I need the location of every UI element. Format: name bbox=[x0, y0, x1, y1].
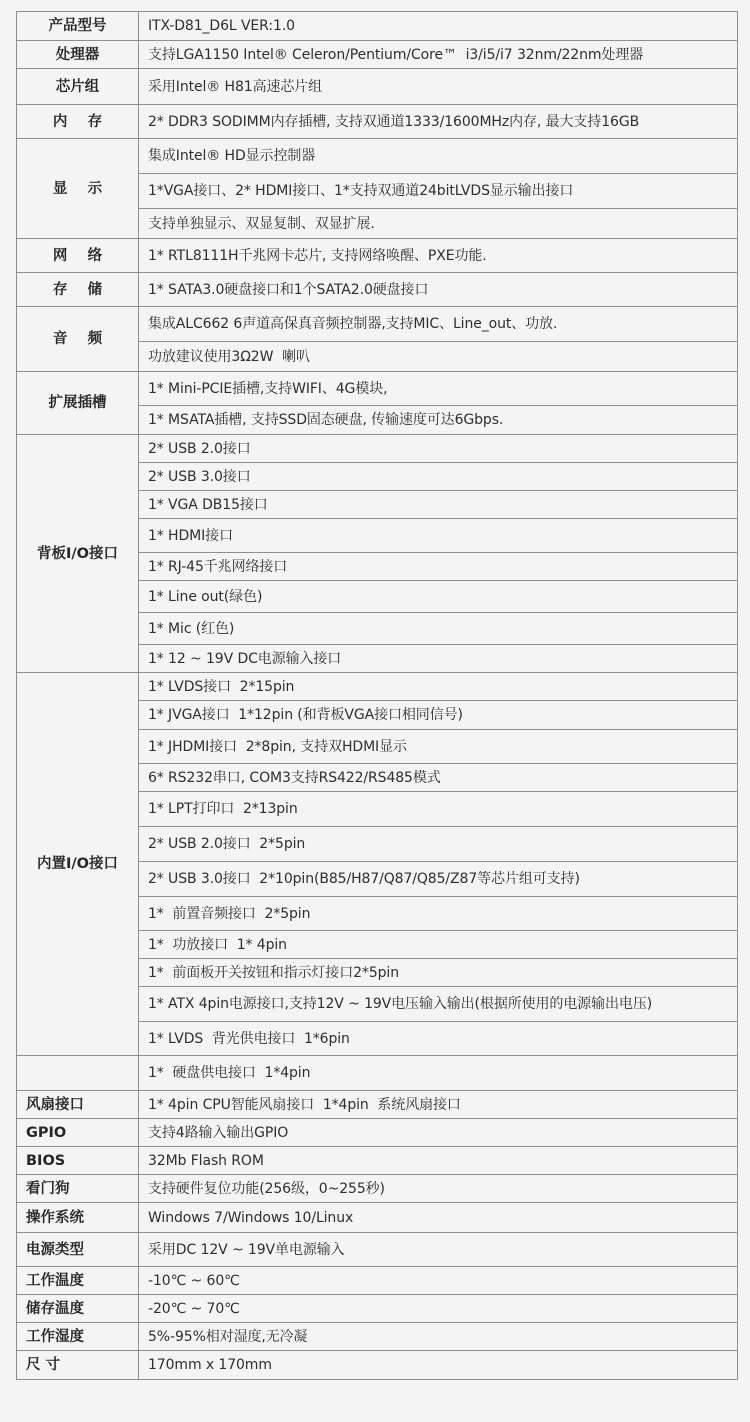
spec-label: 储存温度 bbox=[17, 1295, 139, 1323]
spec-value: 1* LPT打印口 2*13pin bbox=[139, 792, 738, 827]
spec-value: 1* 硬盘供电接口 1*4pin bbox=[139, 1056, 738, 1091]
spec-row: 看门狗支持硬件复位功能(256级，0~255秒) bbox=[17, 1175, 738, 1203]
spec-row: 扩展插槽1* Mini-PCIE插槽,支持WIFI、4G模块, bbox=[17, 372, 738, 406]
spec-value: 5%-95%相对湿度,无冷凝 bbox=[139, 1323, 738, 1351]
spec-value: 集成ALC662 6声道高保真音频控制器,支持MIC、Line_out、功放. bbox=[139, 307, 738, 342]
spec-value: 2* USB 3.0接口 bbox=[139, 463, 738, 491]
spec-row: 尺 寸170mm x 170mm bbox=[17, 1351, 738, 1380]
spec-label: 音 频 bbox=[17, 307, 139, 372]
spec-label: 看门狗 bbox=[17, 1175, 139, 1203]
spec-label: 操作系统 bbox=[17, 1203, 139, 1233]
spec-value: Windows 7/Windows 10/Linux bbox=[139, 1203, 738, 1233]
spec-label: 存 储 bbox=[17, 273, 139, 307]
spec-label: GPIO bbox=[17, 1119, 139, 1147]
spec-value: 1* RJ-45千兆网络接口 bbox=[139, 553, 738, 581]
spec-label: 扩展插槽 bbox=[17, 372, 139, 435]
spec-label: 工作湿度 bbox=[17, 1323, 139, 1351]
spec-label: 内 存 bbox=[17, 105, 139, 139]
spec-value: 采用Intel® H81高速芯片组 bbox=[139, 69, 738, 105]
spec-value: 170mm x 170mm bbox=[139, 1351, 738, 1380]
spec-label: 产品型号 bbox=[17, 12, 139, 41]
spec-value: 1* ATX 4pin电源接口,支持12V ~ 19V电压输入输出(根据所使用的… bbox=[139, 987, 738, 1022]
spec-value: 1* 4pin CPU智能风扇接口 1*4pin 系统风扇接口 bbox=[139, 1091, 738, 1119]
spec-table: 产品型号ITX-D81_D6L VER:1.0处理器支持LGA1150 Inte… bbox=[16, 11, 738, 1380]
spec-value: 功放建议使用3Ω2W 喇叭 bbox=[139, 342, 738, 372]
spec-row: 内 存2* DDR3 SODIMM内存插槽, 支持双通道1333/1600MHz… bbox=[17, 105, 738, 139]
spec-label: 工作温度 bbox=[17, 1267, 139, 1295]
spec-label: 处理器 bbox=[17, 41, 139, 69]
spec-row: 存 储1* SATA3.0硬盘接口和1个SATA2.0硬盘接口 bbox=[17, 273, 738, 307]
spec-label: 尺 寸 bbox=[17, 1351, 139, 1380]
spec-value: 1* LVDS 背光供电接口 1*6pin bbox=[139, 1022, 738, 1056]
spec-value: 1* HDMI接口 bbox=[139, 519, 738, 553]
spec-row: 音 频集成ALC662 6声道高保真音频控制器,支持MIC、Line_out、功… bbox=[17, 307, 738, 342]
spec-row: 工作湿度5%-95%相对湿度,无冷凝 bbox=[17, 1323, 738, 1351]
spec-row: 显 示集成Intel® HD显示控制器 bbox=[17, 139, 738, 174]
spec-value: ITX-D81_D6L VER:1.0 bbox=[139, 12, 738, 41]
spec-value: 1* LVDS接口 2*15pin bbox=[139, 673, 738, 701]
spec-value: 1* Mic (红色) bbox=[139, 613, 738, 645]
spec-value: 2* USB 3.0接口 2*10pin(B85/H87/Q87/Q85/Z87… bbox=[139, 862, 738, 897]
spec-value: 1* JVGA接口 1*12pin (和背板VGA接口相同信号) bbox=[139, 701, 738, 730]
spec-row: 储存温度-20℃ ~ 70℃ bbox=[17, 1295, 738, 1323]
spec-row: 处理器支持LGA1150 Intel® Celeron/Pentium/Core… bbox=[17, 41, 738, 69]
spec-value: 支持4路输入输出GPIO bbox=[139, 1119, 738, 1147]
spec-row: 网 络1* RTL8111H千兆网卡芯片, 支持网络唤醒、PXE功能. bbox=[17, 239, 738, 273]
spec-row: 操作系统Windows 7/Windows 10/Linux bbox=[17, 1203, 738, 1233]
spec-row: GPIO支持4路输入输出GPIO bbox=[17, 1119, 738, 1147]
spec-value: 支持单独显示、双显复制、双显扩展. bbox=[139, 209, 738, 239]
spec-value: 支持LGA1150 Intel® Celeron/Pentium/Core™ i… bbox=[139, 41, 738, 69]
spec-value: 1* 前置音频接口 2*5pin bbox=[139, 897, 738, 931]
spec-value: 1* VGA DB15接口 bbox=[139, 491, 738, 519]
spec-value: 6* RS232串口, COM3支持RS422/RS485模式 bbox=[139, 764, 738, 792]
spec-value: 1* 12 ~ 19V DC电源输入接口 bbox=[139, 645, 738, 673]
spec-value: 1* 功放接口 1* 4pin bbox=[139, 931, 738, 959]
spec-label: 芯片组 bbox=[17, 69, 139, 105]
spec-value: 1* MSATA插槽, 支持SSD固态硬盘, 传输速度可达6Gbps. bbox=[139, 406, 738, 435]
spec-row: BIOS32Mb Flash ROM bbox=[17, 1147, 738, 1175]
spec-value: 1* 前面板开关按钮和指示灯接口2*5pin bbox=[139, 959, 738, 987]
spec-value: 2* DDR3 SODIMM内存插槽, 支持双通道1333/1600MHz内存,… bbox=[139, 105, 738, 139]
spec-label bbox=[17, 1056, 139, 1091]
spec-row: 1* 硬盘供电接口 1*4pin bbox=[17, 1056, 738, 1091]
spec-value: 集成Intel® HD显示控制器 bbox=[139, 139, 738, 174]
spec-row: 风扇接口1* 4pin CPU智能风扇接口 1*4pin 系统风扇接口 bbox=[17, 1091, 738, 1119]
spec-value: 采用DC 12V ~ 19V单电源输入 bbox=[139, 1233, 738, 1267]
spec-value: -20℃ ~ 70℃ bbox=[139, 1295, 738, 1323]
spec-label: 显 示 bbox=[17, 139, 139, 239]
spec-value: 1* Mini-PCIE插槽,支持WIFI、4G模块, bbox=[139, 372, 738, 406]
spec-value: 32Mb Flash ROM bbox=[139, 1147, 738, 1175]
spec-value: 2* USB 2.0接口 bbox=[139, 435, 738, 463]
spec-row: 工作温度-10℃ ~ 60℃ bbox=[17, 1267, 738, 1295]
spec-value: 1* SATA3.0硬盘接口和1个SATA2.0硬盘接口 bbox=[139, 273, 738, 307]
spec-row: 电源类型采用DC 12V ~ 19V单电源输入 bbox=[17, 1233, 738, 1267]
spec-row: 内置I/O接口1* LVDS接口 2*15pin bbox=[17, 673, 738, 701]
spec-label: BIOS bbox=[17, 1147, 139, 1175]
spec-row: 芯片组采用Intel® H81高速芯片组 bbox=[17, 69, 738, 105]
spec-value: 2* USB 2.0接口 2*5pin bbox=[139, 827, 738, 862]
spec-label: 内置I/O接口 bbox=[17, 673, 139, 1056]
spec-label: 背板I/O接口 bbox=[17, 435, 139, 673]
spec-value: 1* Line out(绿色) bbox=[139, 581, 738, 613]
spec-value: 1*VGA接口、2* HDMI接口、1*支持双通道24bitLVDS显示输出接口 bbox=[139, 174, 738, 209]
spec-value: 1* JHDMI接口 2*8pin, 支持双HDMI显示 bbox=[139, 730, 738, 764]
spec-value: -10℃ ~ 60℃ bbox=[139, 1267, 738, 1295]
spec-label: 网 络 bbox=[17, 239, 139, 273]
spec-table-body: 产品型号ITX-D81_D6L VER:1.0处理器支持LGA1150 Inte… bbox=[17, 12, 738, 1380]
spec-value: 支持硬件复位功能(256级，0~255秒) bbox=[139, 1175, 738, 1203]
spec-row: 背板I/O接口2* USB 2.0接口 bbox=[17, 435, 738, 463]
spec-row: 产品型号ITX-D81_D6L VER:1.0 bbox=[17, 12, 738, 41]
spec-label: 风扇接口 bbox=[17, 1091, 139, 1119]
spec-value: 1* RTL8111H千兆网卡芯片, 支持网络唤醒、PXE功能. bbox=[139, 239, 738, 273]
spec-label: 电源类型 bbox=[17, 1233, 139, 1267]
